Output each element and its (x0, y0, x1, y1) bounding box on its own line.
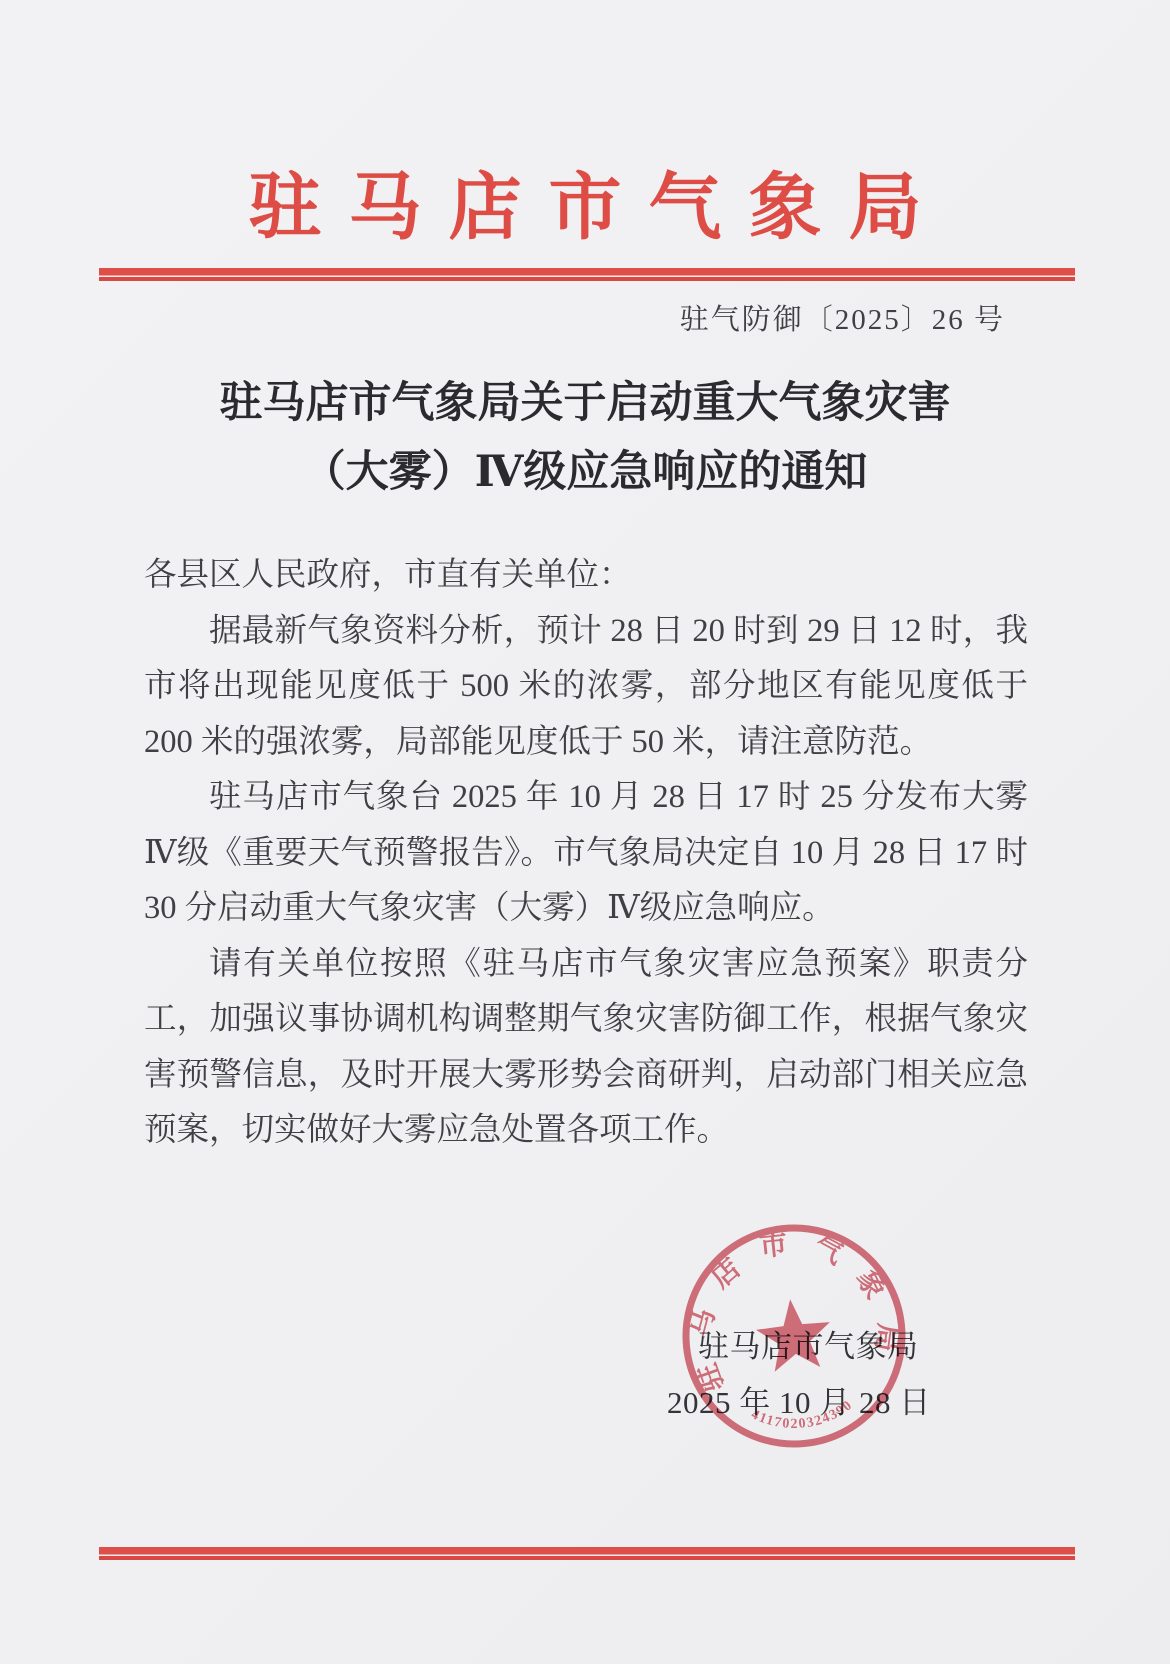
letterhead-agency-title: 驻马店市气象局 (0, 148, 1170, 253)
body-paragraph-3: 请有关单位按照《驻马店市气象灾害应急预案》职责分工，加强议事协调机构调整期气象灾… (144, 937, 1028, 1159)
notice-title-line1: 驻马店市气象局关于启动重大气象灾害 (0, 369, 1170, 438)
seal-star-icon (753, 1295, 834, 1373)
body-paragraph-1: 据最新气象资料分析，预计 28 日 20 时到 29 日 12 时，我市将出现能… (144, 604, 1028, 771)
official-round-seal: 驻马店市气象局 4117020324390 (665, 1207, 922, 1464)
document-reference-number: 驻气防御〔2025〕26 号 (680, 297, 1005, 338)
notice-title-line2: （大雾）Ⅳ级应急响应的通知 (0, 438, 1170, 507)
notice-title: 驻马店市气象局关于启动重大气象灾害 （大雾）Ⅳ级应急响应的通知 (0, 369, 1170, 507)
notice-body: 各县区人民政府，市直有关单位： 据最新气象资料分析，预计 28 日 20 时到 … (144, 548, 1028, 1159)
scanned-official-document: 驻马店市气象局 驻气防御〔2025〕26 号 驻马店市气象局关于启动重大气象灾害… (0, 0, 1170, 1664)
salutation-line: 各县区人民政府，市直有关单位： (144, 548, 1028, 604)
body-paragraph-2: 驻马店市气象台 2025 年 10 月 28 日 17 时 25 分发布大雾Ⅳ级… (144, 770, 1028, 937)
letterhead-divider-line (99, 268, 1075, 281)
footer-divider-line (99, 1547, 1075, 1560)
